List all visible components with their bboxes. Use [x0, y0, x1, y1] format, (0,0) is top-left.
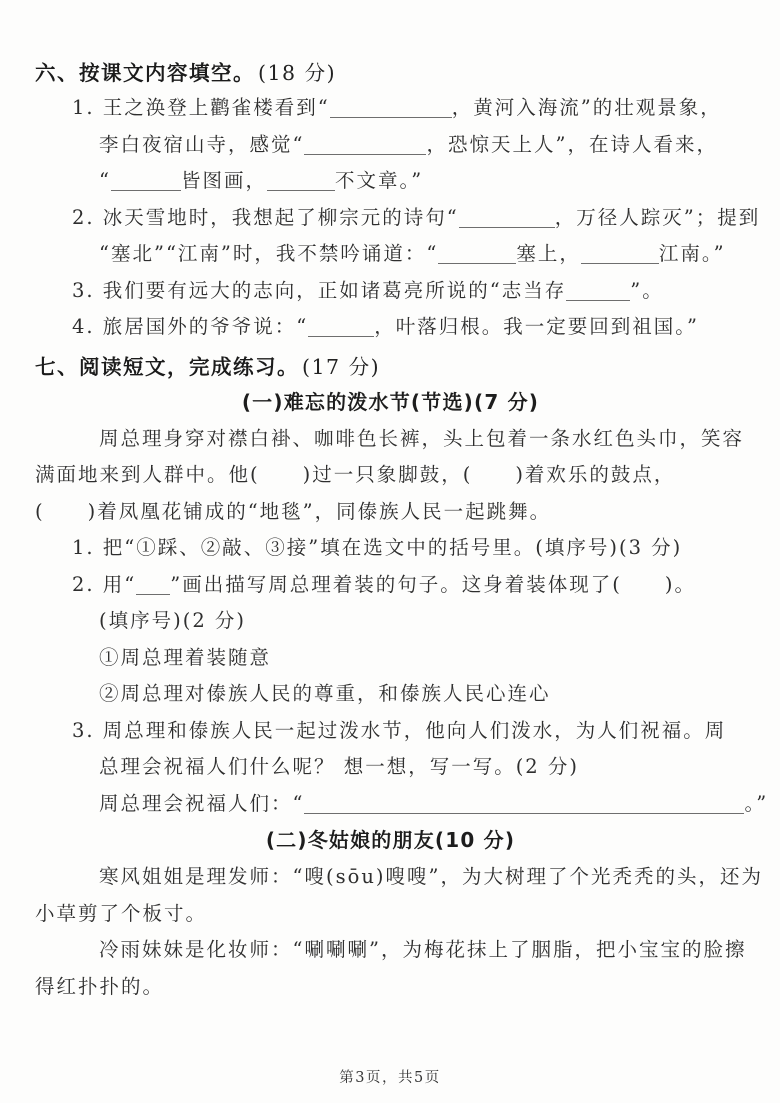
section-6-title: 六、按课文内容填空。: [35, 61, 255, 85]
item2-line2: “塞北”“江南”时，我不禁吟诵道：“塞上，江南。”: [35, 236, 746, 273]
passage1-para-line3: ( )着凤凰花铺成的“地毯”，同傣族人民一起跳舞。: [35, 494, 746, 531]
item2-line1: 2. 冰天雪地时，我想起了柳宗元的诗句“，万径人踪灭”；提到: [35, 200, 746, 237]
passage2-title: (二)冬姑娘的朋友(10 分): [35, 822, 746, 859]
text-segment: ，黄河入海流”的壮观景象，: [452, 96, 722, 119]
section-6-score: (18 分): [258, 61, 336, 85]
fill-in-blank-line: [566, 300, 630, 301]
item1-line1: 1. 王之涣登上鹳雀楼看到“，黄河入海流”的壮观景象，: [35, 90, 746, 127]
text-segment: 2. 用“: [72, 573, 136, 596]
page-footer: 第3页，共5页: [0, 1066, 780, 1087]
passage1-q2-option1: ①周总理着装随意: [35, 640, 746, 677]
section-6-heading: 六、按课文内容填空。(18 分): [35, 56, 746, 90]
passage1-title: (一)难忘的泼水节(节选)(7 分): [35, 384, 746, 421]
text-segment: 塞上，: [516, 242, 581, 265]
passage1-q2-line1: 2. 用“”画出描写周总理着装的句子。这身着装体现了( )。: [35, 567, 746, 604]
fill-in-blank-line: [459, 227, 555, 228]
exam-page: 六、按课文内容填空。(18 分) 1. 王之涣登上鹳雀楼看到“，黄河入海流”的壮…: [0, 0, 780, 1103]
fill-in-blank-line: [330, 117, 452, 118]
text-segment: 3. 我们要有远大的志向，正如诸葛亮所说的“志当存: [72, 279, 566, 302]
fill-in-blank-line: [304, 813, 744, 814]
fill-in-blank-line: [136, 594, 170, 595]
text-segment: ，万径人踪灭”；提到: [555, 206, 760, 229]
text-segment: 江南。”: [659, 242, 726, 265]
text-segment: ，叶落归根。我一定要回到祖国。”: [374, 315, 699, 338]
passage1-para-line1: 周总理身穿对襟白褂、咖啡色长裤，头上包着一条水红色头巾，笑容: [35, 421, 746, 458]
fill-in-blank-line: [267, 190, 335, 191]
section-7-heading: 七、阅读短文，完成练习。(17 分): [35, 350, 746, 384]
text-segment: 4. 旅居国外的爷爷说：“: [72, 315, 308, 338]
item3-line1: 3. 我们要有远大的志向，正如诸葛亮所说的“志当存”。: [35, 273, 746, 310]
item1-line2: 李白夜宿山寺，感觉“，恐惊天上人”，在诗人看来，: [35, 127, 746, 164]
section-7-title: 七、阅读短文，完成练习。: [35, 355, 299, 379]
fill-in-blank-line: [308, 336, 374, 337]
text-segment: 。”: [744, 792, 768, 815]
passage1-q2-line2: (填序号)(2 分): [35, 603, 746, 640]
fill-in-blank-line: [304, 154, 426, 155]
text-segment: ，恐惊天上人”，在诗人看来，: [426, 133, 717, 156]
passage1-q1: 1. 把“①踩、②敲、③接”填在选文中的括号里。(填序号)(3 分): [35, 530, 746, 567]
fill-in-blank-line: [581, 263, 659, 264]
passage2-para2-line1: 冷雨妹妹是化妆师：“唰唰唰”，为梅花抹上了胭脂，把小宝宝的脸擦: [35, 932, 746, 969]
passage2-para1-line1: 寒风姐姐是理发师：“嗖(sōu)嗖嗖”，为大树理了个光秃秃的头，还为: [35, 859, 746, 896]
fill-in-blank-line: [438, 263, 516, 264]
passage2-para1-line2: 小草剪了个板寸。: [35, 896, 746, 933]
text-segment: “: [99, 169, 111, 192]
passage1-q2-option2: ②周总理对傣族人民的尊重，和傣族人民心连心: [35, 676, 746, 713]
fill-in-blank-line: [111, 190, 181, 191]
text-segment: 1. 王之涣登上鹳雀楼看到“: [72, 96, 330, 119]
text-segment: “塞北”“江南”时，我不禁吟诵道：“: [99, 242, 438, 265]
text-segment: 皆图画，: [181, 169, 267, 192]
item1-line3: “皆图画，不文章。”: [35, 163, 746, 200]
item4-line1: 4. 旅居国外的爷爷说：“，叶落归根。我一定要回到祖国。”: [35, 309, 746, 346]
section-7-score: (17 分): [302, 355, 380, 379]
passage1-q3-line2: 总理会祝福人们什么呢？ 想一想，写一写。(2 分): [35, 749, 746, 786]
text-segment: 周总理会祝福人们：“: [99, 792, 304, 815]
text-segment: ”。: [630, 279, 663, 302]
passage2-para2-line2: 得红扑扑的。: [35, 969, 746, 1006]
passage1-q3-line3: 周总理会祝福人们：“。”: [35, 786, 746, 823]
passage1-q3-line1: 3. 周总理和傣族人民一起过泼水节，他向人们泼水，为人们祝福。周: [35, 713, 746, 750]
passage1-para-line2: 满面地来到人群中。他( )过一只象脚鼓，( )着欢乐的鼓点，: [35, 457, 746, 494]
text-segment: 2. 冰天雪地时，我想起了柳宗元的诗句“: [72, 206, 459, 229]
text-segment: ”画出描写周总理着装的句子。这身着装体现了( )。: [170, 573, 696, 596]
text-segment: 李白夜宿山寺，感觉“: [99, 133, 304, 156]
text-segment: 不文章。”: [335, 169, 423, 192]
